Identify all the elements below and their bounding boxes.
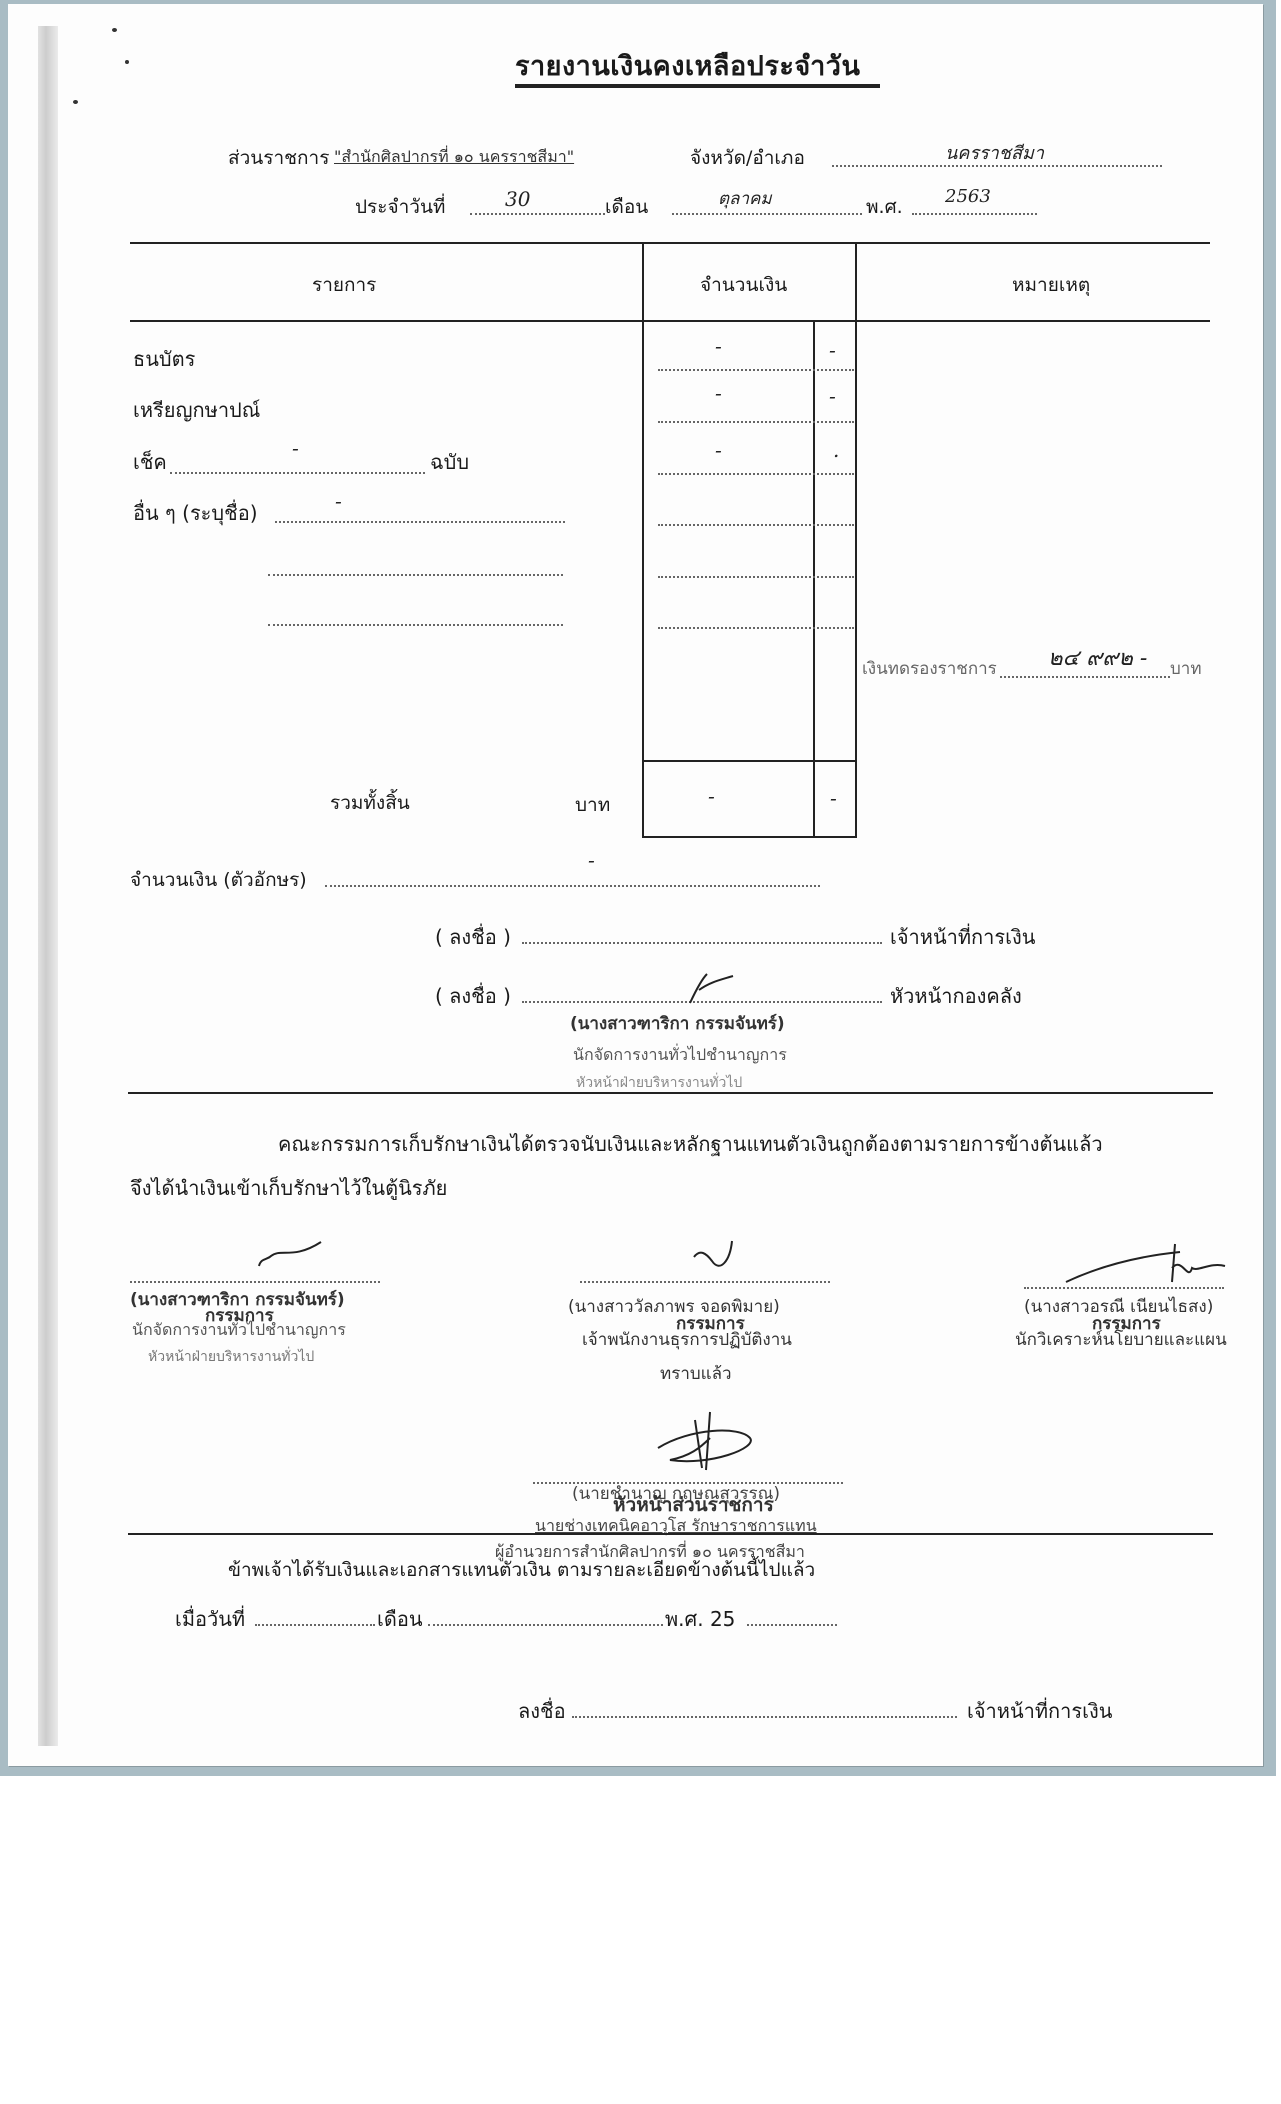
year-label: พ.ศ. <box>866 192 903 222</box>
total-top-rule <box>642 760 857 762</box>
committee-1-position2: หัวหน้าฝ่ายบริหารงานทั่วไป <box>148 1346 314 1368</box>
signature-committee-3 <box>1060 1242 1230 1287</box>
receipt-sign-line[interactable] <box>572 1716 957 1718</box>
col-header-amount: จำนวนเงิน <box>700 270 787 300</box>
other-dotline-3 <box>268 624 563 626</box>
committee-2-position: เจ้าพนักงานธุรการปฏิบัติงาน <box>582 1326 792 1353</box>
banknotes-baht: - <box>715 334 722 358</box>
month-value: ตุลาคม <box>718 185 772 212</box>
amount-words-label: จำนวนเงิน (ตัวอักษร) <box>130 865 307 895</box>
other-dotline <box>275 521 565 523</box>
signature-head <box>650 1408 760 1478</box>
year-value: 2563 <box>945 186 991 207</box>
coins-satang: - <box>829 384 836 408</box>
province-label: จังหวัด/อำเภอ <box>690 143 805 173</box>
amount-words-value: - <box>588 848 595 872</box>
total-baht: - <box>708 784 715 808</box>
committee-statement-line2: จึงได้นำเงินเข้าเก็บรักษาไว้ในตู้นิรภัย <box>130 1172 447 1204</box>
committee-3-position: นักวิเคราะห์นโยบายและแผน <box>1015 1326 1227 1353</box>
sign-line-committee-2[interactable] <box>580 1281 830 1283</box>
sign-line-committee-1[interactable] <box>130 1281 380 1283</box>
day-value: 30 <box>505 187 530 211</box>
col-header-item: รายการ <box>312 270 376 300</box>
agency-value: "สำนักศิลปากรที่ ๑๐ นครราชสีมา" <box>334 145 574 170</box>
receipt-day-label: เมื่อวันที่ <box>175 1603 245 1635</box>
receipt-sign-label: ลงชื่อ <box>518 1695 566 1727</box>
section-divider-2 <box>128 1533 1213 1535</box>
scan-speck <box>73 100 78 104</box>
receipt-month-field[interactable] <box>428 1624 663 1626</box>
advance-fund-dotline <box>1000 676 1170 678</box>
receipt-year-field[interactable] <box>747 1624 837 1626</box>
cheque-count: - <box>292 436 299 460</box>
amount-dotline <box>658 524 854 526</box>
amount-dotline <box>658 369 854 371</box>
total-unit: บาท <box>575 790 610 820</box>
amount-col-left <box>642 242 644 837</box>
amount-dotline <box>658 627 854 629</box>
scan-edge-shadow <box>38 26 58 1746</box>
advance-fund-value: ๒๔ ๙๙๒ - <box>1048 640 1147 675</box>
signature-committee-1 <box>255 1238 325 1270</box>
row-label-cheque: เช็ค <box>133 446 167 478</box>
role-finance-officer: เจ้าหน้าที่การเงิน <box>890 921 1035 953</box>
month-dotline <box>672 213 862 215</box>
treasury-stamp-name: (นางสาวฑาริกา กรรมจันทร์) <box>570 1010 785 1037</box>
amount-dotline <box>658 421 854 423</box>
sign-prefix-finance: ( ลงชื่อ ) <box>435 921 511 953</box>
month-label: เดือน <box>605 192 648 222</box>
sign-line-finance[interactable] <box>522 942 882 944</box>
signature-treasury <box>685 968 745 1008</box>
committee-2-name: (นางสาววัลภาพร จอดพิมาย) <box>568 1293 780 1320</box>
treasury-stamp-position2: หัวหน้าฝ่ายบริหารงานทั่วไป <box>576 1072 742 1094</box>
amount-words-dotline <box>325 885 820 887</box>
cheque-baht: - <box>715 438 722 462</box>
day-label: ประจำวันที่ <box>355 192 445 222</box>
section-divider-1 <box>128 1092 1213 1094</box>
total-bottom-rule <box>642 836 857 838</box>
receipt-statement: ข้าพเจ้าได้รับเงินและเอกสารแทนตัวเงิน ตา… <box>228 1555 815 1585</box>
role-treasury-head: หัวหน้ากองคลัง <box>890 980 1022 1012</box>
table-top-rule <box>130 242 1210 244</box>
banknotes-satang: - <box>829 338 836 362</box>
advance-fund-unit: บาท <box>1170 655 1202 682</box>
coins-baht: - <box>715 381 722 405</box>
row-label-banknotes: ธนบัตร <box>133 343 195 375</box>
receipt-day-field[interactable] <box>255 1624 375 1626</box>
agency-label: ส่วนราชการ <box>228 143 329 173</box>
sign-line-committee-3[interactable] <box>1024 1287 1224 1289</box>
committee-1-position: นักจัดการงานทั่วไปชำนาญการ <box>132 1318 346 1343</box>
document-title: รายงานเงินคงเหลือประจำวัน <box>515 44 860 87</box>
total-label: รวมทั้งสิ้น <box>330 788 410 818</box>
sign-prefix-treasury: ( ลงชื่อ ) <box>435 980 511 1012</box>
committee-statement-line1: คณะกรรมการเก็บรักษาเงินได้ตรวจนับเงินและ… <box>278 1128 1103 1160</box>
amount-dotline <box>658 576 854 578</box>
amount-dotline <box>658 473 854 475</box>
cheque-satang: . <box>833 438 839 462</box>
other-detail: - <box>335 489 342 513</box>
col-header-remark: หมายเหตุ <box>1012 270 1090 300</box>
treasury-stamp-position: นักจัดการงานทั่วไปชำนาญการ <box>573 1043 787 1068</box>
other-dotline-2 <box>268 574 563 576</box>
scan-speck <box>125 60 129 64</box>
amount-col-right <box>855 242 857 837</box>
advance-fund-label: เงินทดรองราชการ <box>862 655 997 682</box>
receipt-sign-role: เจ้าหน้าที่การเงิน <box>967 1695 1112 1727</box>
title-underline <box>515 84 880 88</box>
year-dotline <box>912 213 1037 215</box>
province-value: นครราชสีมา <box>945 138 1044 167</box>
scan-speck <box>112 28 117 32</box>
row-label-coins: เหรียญกษาปณ์ <box>133 394 260 426</box>
head-position: นายช่างเทคนิคอาวุโส รักษาราชการแทน <box>535 1514 817 1539</box>
receipt-month-label: เดือน <box>377 1603 423 1635</box>
table-header-rule <box>130 320 1210 322</box>
cheque-dotline <box>170 472 425 474</box>
day-dotline <box>470 213 605 215</box>
receipt-year-label: พ.ศ. 25 <box>665 1603 735 1635</box>
row-label-other: อื่น ๆ (ระบุชื่อ) <box>133 497 258 529</box>
signature-committee-2 <box>690 1235 740 1275</box>
cheque-unit: ฉบับ <box>430 446 469 478</box>
total-satang: - <box>830 786 837 810</box>
committee-2-acknowledged: ทราบแล้ว <box>660 1360 732 1387</box>
